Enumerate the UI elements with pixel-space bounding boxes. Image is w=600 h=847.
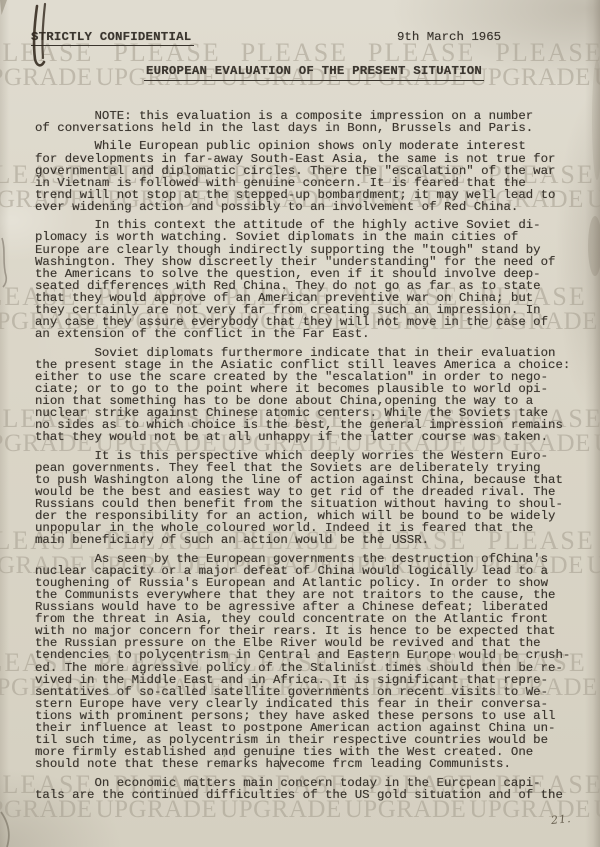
paragraph-vietnam: While European public opinion shows only… [35, 140, 580, 213]
paragraph-asiatic-conflict: Soviet diplomats furthermore indicate th… [35, 347, 580, 444]
classification-stamp: STRICTLY CONFIDENTIAL [31, 30, 194, 46]
document-content: STRICTLY CONFIDENTIAL 9th March 1965 EUR… [0, 0, 600, 847]
document-title: EUROPEAN EVALUATION OF THE PRESENT SITUA… [144, 64, 484, 81]
handwritten-page-number: 21. [550, 812, 572, 827]
paragraph-western-worries: It is this perspective which deeply worr… [35, 450, 580, 547]
paragraph-china-defeat: As seen by the European governments the … [35, 553, 580, 771]
document-body: NOTE: this evaluation is a composite imp… [35, 110, 580, 807]
title-row: EUROPEAN EVALUATION OF THE PRESENT SITUA… [28, 61, 600, 81]
paragraph-soviet-diplomacy: In this context the attitude of the high… [35, 219, 580, 340]
document-date: 9th March 1965 [397, 30, 501, 44]
paragraph-economic: On economic matters main concern today i… [35, 777, 580, 801]
scanned-document-page: PLEASEPLEASEPLEASEPLEASEPLEASEPLEASEUPGR… [0, 0, 600, 847]
paragraph-note: NOTE: this evaluation is a composite imp… [35, 110, 580, 134]
